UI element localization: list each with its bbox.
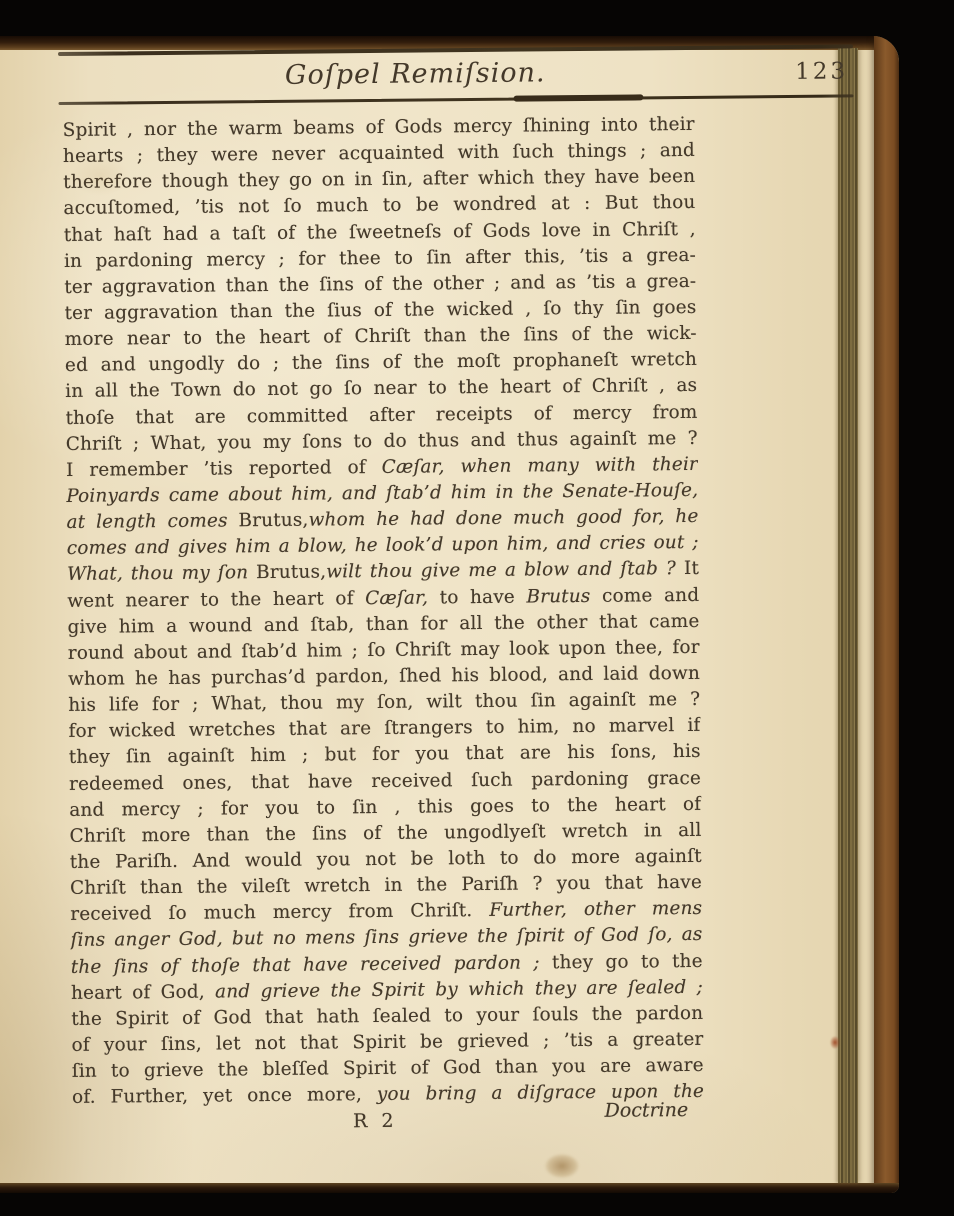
text-segment: thoſe that are committed after receipts … (65, 401, 697, 428)
italic-text-segment: and grieve the Spirit by which they are … (215, 976, 703, 1002)
italic-text-segment: Poinyards came about him, and ſtab’d him… (66, 480, 698, 507)
signature-row: R 2 Doctrine (72, 1105, 704, 1139)
text-segment: I remember ’tis reported of (66, 457, 382, 481)
text-segment: round about and ſtab’d him ; ſo Chriſt m… (68, 637, 700, 664)
text-segment: in all the Town do not go ſo near to the… (65, 375, 697, 402)
running-title: Goſpel Remiſsion. (285, 57, 546, 90)
text-segment: redeemed ones, that have received ſuch p… (69, 767, 701, 794)
text-segment: that haſt had a taſt of the ſweetneſs of… (64, 218, 696, 245)
text-block: Spirit , nor the warm beams of Gods merc… (63, 112, 705, 1111)
text-segment: Chriſt ; What, you my ſons to do thus an… (66, 428, 698, 455)
text-segment: come and (590, 584, 699, 606)
text-segment: Chriſt than the vileſt wretch in the Par… (70, 872, 702, 899)
text-segment: they ſin againſt him ; but for you that … (69, 741, 701, 768)
text-segment: ed and ungodly do ; the ſins of the moſt… (65, 349, 697, 376)
text-segment: went nearer to the heart of (67, 588, 365, 612)
text-segment: ſin to grieve the bleſſed Spirit of God … (72, 1055, 704, 1082)
italic-text-segment: Brutus (526, 585, 590, 607)
italic-text-segment: wilt thou give me a blow and ſtab ? (326, 558, 684, 582)
text-segment: received ſo much mercy from Chriſt. (70, 900, 489, 925)
italic-text-segment: ſins anger God, but no mens ſins grieve … (70, 924, 702, 951)
text-segment: Brutus, (256, 562, 326, 584)
text-segment: hearts ; they were never acquainted with… (63, 140, 695, 167)
text-segment: they go to the (552, 950, 703, 972)
text-segment: and mercy ; for you to ſin , this goes t… (69, 794, 701, 821)
text-segment: Chriſt more than the ſins of the ungodly… (69, 820, 701, 847)
text-segment: give him a wound and ſtab, than for all … (67, 611, 699, 638)
paper-stain (545, 1154, 579, 1178)
text-segment: the Spirit of God that hath ſealed to yo… (71, 1003, 703, 1030)
text-segment: accuſtomed, ’tis not ſo much to be wondr… (63, 192, 695, 219)
text-segment: ter aggravation than the ſins of the oth… (64, 271, 696, 298)
text-segment: of. Further, yet once more, (72, 1084, 377, 1108)
text-segment: his life for ; What, thou my ſon, wilt t… (68, 689, 700, 716)
italic-text-segment: comes and gives him a blow, he look’d up… (67, 532, 699, 559)
text-segment: ter aggravation than the ſius of the wic… (64, 297, 696, 324)
text-segment: therefore though they go on in ſin, afte… (63, 166, 695, 193)
rule-ink-blot (513, 94, 643, 101)
text-segment: of your ſins, let not that Spirit be gri… (71, 1029, 703, 1056)
italic-text-segment: What, thou my ſon (67, 563, 256, 586)
text-segment: for wicked wretches that are ſtrangers t… (68, 715, 700, 742)
text-segment: the Pariſh. And would you not be loth to… (70, 846, 702, 873)
catchword: Doctrine (604, 1099, 688, 1122)
italic-text-segment: Cæſar, when many with their (382, 454, 698, 478)
text-segment: in pardoning mercy ; for thee to ſin aft… (64, 245, 696, 272)
italic-text-segment: the ſins of thoſe that have received par… (71, 952, 552, 978)
italic-text-segment: Cæſar, (365, 587, 428, 609)
book-bottom-edge (0, 1183, 899, 1193)
printed-content: Goſpel Remiſsion. 123 Spirit , nor the w… (58, 44, 863, 1139)
text-segment: whom he has purchas’d pardon, ſhed his b… (68, 663, 700, 690)
italic-text-segment: Further, other mens (489, 898, 702, 921)
book-page: Goſpel Remiſsion. 123 Spirit , nor the w… (0, 36, 899, 1193)
text-segment: Brutus, (238, 510, 308, 532)
italic-text-segment: at length comes (66, 510, 238, 533)
text-segment: heart of God, (71, 981, 215, 1003)
background: Goſpel Remiſsion. 123 Spirit , nor the w… (0, 0, 954, 1216)
italic-text-segment: whom he had done much good for, he (308, 506, 698, 531)
text-segment: It (684, 558, 699, 579)
text-segment: Spirit , nor the warm beams of Gods merc… (63, 114, 695, 141)
book-cover-edge (874, 36, 899, 1193)
page-number: 123 (795, 58, 848, 85)
signature-mark: R 2 (353, 1110, 398, 1132)
text-segment: more near to the heart of Chriſt than th… (65, 323, 697, 350)
header-row: Goſpel Remiſsion. 123 (58, 48, 853, 102)
text-segment: to have (428, 586, 527, 608)
